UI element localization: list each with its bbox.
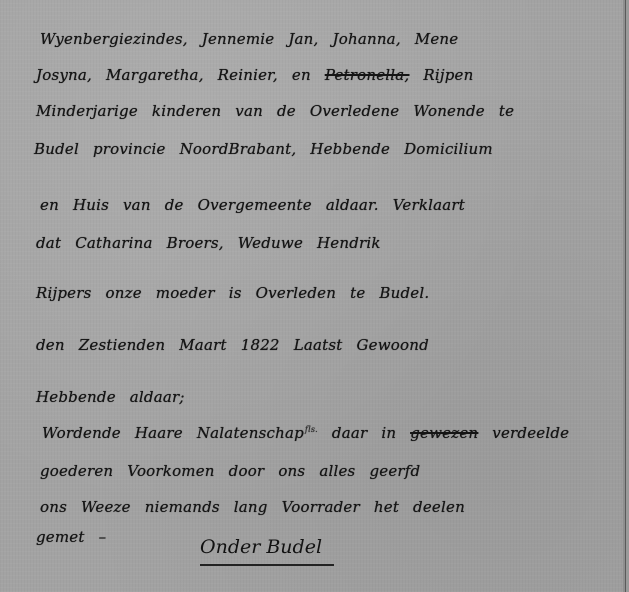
- word: Wonende: [413, 102, 485, 120]
- word: en: [292, 66, 311, 84]
- text-line-1: Wyenbergiezindes,JennemieJan,Johanna,Men…: [40, 30, 472, 48]
- word: door: [229, 462, 265, 480]
- word: Catharina: [75, 234, 152, 252]
- word: niemands: [145, 498, 220, 516]
- word: Budel: [34, 140, 79, 158]
- word: Margaretha,: [106, 66, 204, 84]
- word: Nalatenschapfls.: [197, 424, 318, 442]
- word: Zestienden: [79, 336, 166, 354]
- word: aldaar.: [326, 196, 379, 214]
- word: te: [350, 284, 365, 302]
- word: –: [99, 528, 107, 546]
- word: de: [165, 196, 184, 214]
- word: Laatst: [294, 336, 343, 354]
- word: Voorkomen: [127, 462, 214, 480]
- word: onze: [106, 284, 142, 302]
- word: Jennemie: [202, 30, 275, 48]
- word: te: [499, 102, 514, 120]
- word: Wyenbergiezindes,: [40, 30, 188, 48]
- word: Josyna,: [36, 66, 92, 84]
- word: van: [235, 102, 263, 120]
- word: Hendrik: [317, 234, 381, 252]
- word: Rijpen: [423, 66, 473, 84]
- word: deelen: [413, 498, 465, 516]
- text-line-8: denZestiendenMaart1822LaatstGewoond: [36, 336, 443, 354]
- word: geerfd: [369, 462, 420, 480]
- signature-onder-budel: Onder Budel: [200, 536, 334, 566]
- word: Overleden: [256, 284, 336, 302]
- word: Gewoond: [357, 336, 429, 354]
- text-line-5: enHuisvandeOvergemeentealdaar.Verklaart: [40, 196, 479, 214]
- word: Budel.: [379, 284, 429, 302]
- text-line-9: Hebbendealdaar;: [36, 388, 199, 406]
- word: dat: [36, 234, 61, 252]
- word: Broers,: [167, 234, 224, 252]
- page-edge: [623, 0, 629, 592]
- word: Minderjarige: [36, 102, 138, 120]
- word: Verklaart: [393, 196, 465, 214]
- word: alles: [319, 462, 355, 480]
- word: aldaar;: [130, 388, 185, 406]
- word: Overgemeente: [198, 196, 312, 214]
- word: Overledene: [310, 102, 400, 120]
- word: van: [123, 196, 151, 214]
- word: ons: [40, 498, 67, 516]
- word: en: [40, 196, 59, 214]
- word: Hebbende: [36, 388, 116, 406]
- word: lang: [234, 498, 268, 516]
- struck-word: Petronella,: [325, 66, 410, 84]
- text-line-12: onsWeezeniemandslangVoorraderhetdeelen: [40, 498, 479, 516]
- word: Voorrader: [282, 498, 360, 516]
- word: 1822: [241, 336, 280, 354]
- word: Weduwe: [238, 234, 303, 252]
- word: daar: [332, 424, 367, 442]
- text-line-11: goederenVoorkomendooronsallesgeerfd: [40, 462, 434, 480]
- word: Haare: [135, 424, 183, 442]
- word: Weeze: [81, 498, 131, 516]
- word: Rijpers: [36, 284, 92, 302]
- word: Wordende: [42, 424, 121, 442]
- word: provincie: [93, 140, 166, 158]
- word: Huis: [73, 196, 109, 214]
- word: is: [229, 284, 242, 302]
- word: Maart: [179, 336, 226, 354]
- word: moeder: [156, 284, 215, 302]
- text-line-7: RijpersonzemoederisOverledenteBudel.: [36, 284, 443, 302]
- word: in: [381, 424, 396, 442]
- word: de: [277, 102, 296, 120]
- word: verdeelde: [492, 424, 569, 442]
- word: het: [374, 498, 399, 516]
- word: gemet: [36, 528, 85, 546]
- word: den: [36, 336, 65, 354]
- text-line-10: WordendeHaareNalatenschapfls.daaringewez…: [42, 424, 583, 442]
- word: goederen: [40, 462, 113, 480]
- word: ons: [278, 462, 305, 480]
- word: NoordBrabant,: [180, 140, 297, 158]
- text-line-6: datCatharinaBroers,WeduweHendrik: [36, 234, 395, 252]
- word: Hebbende: [310, 140, 390, 158]
- text-line-13: gemet–: [36, 528, 120, 546]
- word: Reinier,: [218, 66, 278, 84]
- superscript-annotation: fls.: [305, 425, 318, 434]
- word: Johanna,: [333, 30, 401, 48]
- text-line-3: MinderjarigekinderenvandeOverledeneWonen…: [36, 102, 528, 120]
- text-line-2: Josyna,Margaretha,Reinier,enPetronella,R…: [36, 66, 488, 84]
- word: Domicilium: [404, 140, 493, 158]
- text-line-4: BudelprovincieNoordBrabant,HebbendeDomic…: [34, 140, 507, 158]
- word: kinderen: [152, 102, 221, 120]
- scanned-document-page: Wyenbergiezindes,JennemieJan,Johanna,Men…: [0, 0, 629, 592]
- struck-word: gewezen: [410, 424, 478, 442]
- word: Mene: [415, 30, 459, 48]
- word: Jan,: [288, 30, 318, 48]
